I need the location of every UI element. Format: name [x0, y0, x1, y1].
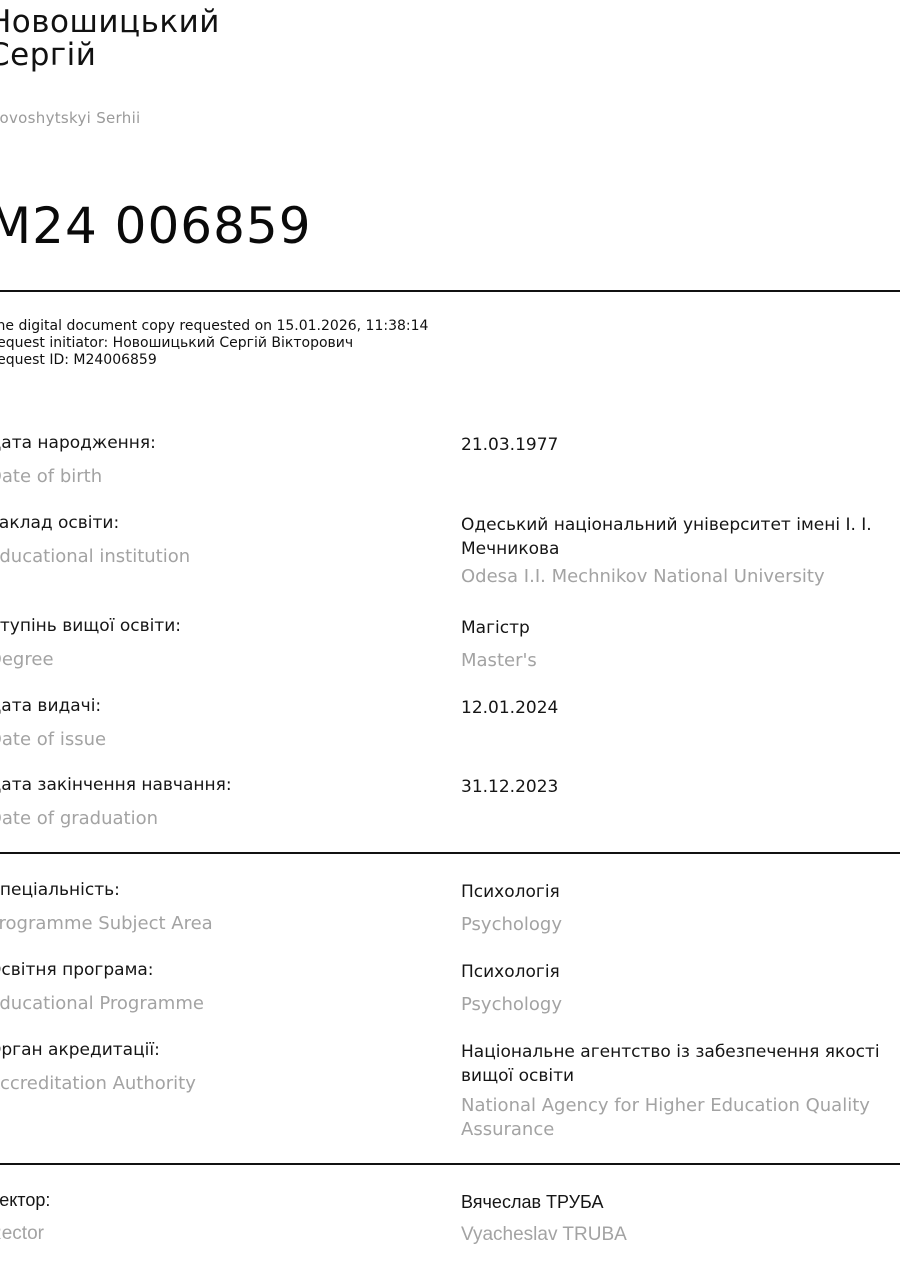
- field-value: Одеський національний університет імені …: [461, 513, 891, 561]
- field-label: Ректор:: [0, 1190, 50, 1211]
- field-label-english: Date of birth: [0, 466, 102, 487]
- request-id-line: Request ID: M24006859: [0, 352, 428, 369]
- field-value-english: Master's: [461, 649, 900, 673]
- holder-name: Новошицький Сергій: [0, 6, 220, 72]
- field-label: Дата народження:: [0, 433, 156, 453]
- divider: [0, 1163, 900, 1165]
- holder-name-english: Novoshytskyi Serhii: [0, 109, 141, 127]
- field-label: Освітня програма:: [0, 960, 154, 980]
- field-value: 12.01.2024: [461, 696, 900, 720]
- field-label: Ступінь вищої освіти:: [0, 616, 181, 636]
- field-value: 21.03.1977: [461, 433, 900, 457]
- field-label-english: Date of issue: [0, 729, 106, 750]
- field-value-english: National Agency for Higher Education Qua…: [461, 1094, 881, 1142]
- field-label: Орган акредитації:: [0, 1040, 160, 1060]
- field-label-english: Programme Subject Area: [0, 913, 213, 934]
- divider: [0, 290, 900, 292]
- field-label-english: Degree: [0, 649, 54, 670]
- field-value: Магістр: [461, 616, 900, 640]
- field-label-english: Accreditation Authority: [0, 1073, 196, 1094]
- request-info: The digital document copy requested on 1…: [0, 318, 428, 369]
- request-date-line: The digital document copy requested on 1…: [0, 318, 428, 335]
- field-label: Дата закінчення навчання:: [0, 775, 232, 795]
- field-value: Психологія: [461, 960, 900, 984]
- document-number: M24 006859: [0, 196, 312, 256]
- request-initiator-line: Request initiator: Новошицький Сергій Ві…: [0, 335, 428, 352]
- field-value: Національне агентство із забезпечення як…: [461, 1040, 900, 1088]
- field-value: 31.12.2023: [461, 775, 900, 799]
- rector-name-english: Vyacheslav TRUBA: [461, 1223, 900, 1247]
- divider: [0, 852, 900, 854]
- field-label: Дата видачі:: [0, 696, 101, 716]
- field-label-english: Educational institution: [0, 546, 190, 567]
- field-label: Спеціальність:: [0, 880, 120, 900]
- field-value-english: Psychology: [461, 913, 900, 937]
- field-value: Психологія: [461, 880, 900, 904]
- rector-name: Вячеслав ТРУБА: [461, 1190, 900, 1214]
- field-label-english: Date of graduation: [0, 808, 158, 829]
- field-label-english: Rector: [0, 1223, 44, 1245]
- field-value-english: Odesa I.I. Mechnikov National University: [461, 565, 891, 589]
- field-label: Заклад освіти:: [0, 513, 119, 533]
- field-label-english: Educational Programme: [0, 993, 204, 1014]
- field-value-english: Psychology: [461, 993, 900, 1017]
